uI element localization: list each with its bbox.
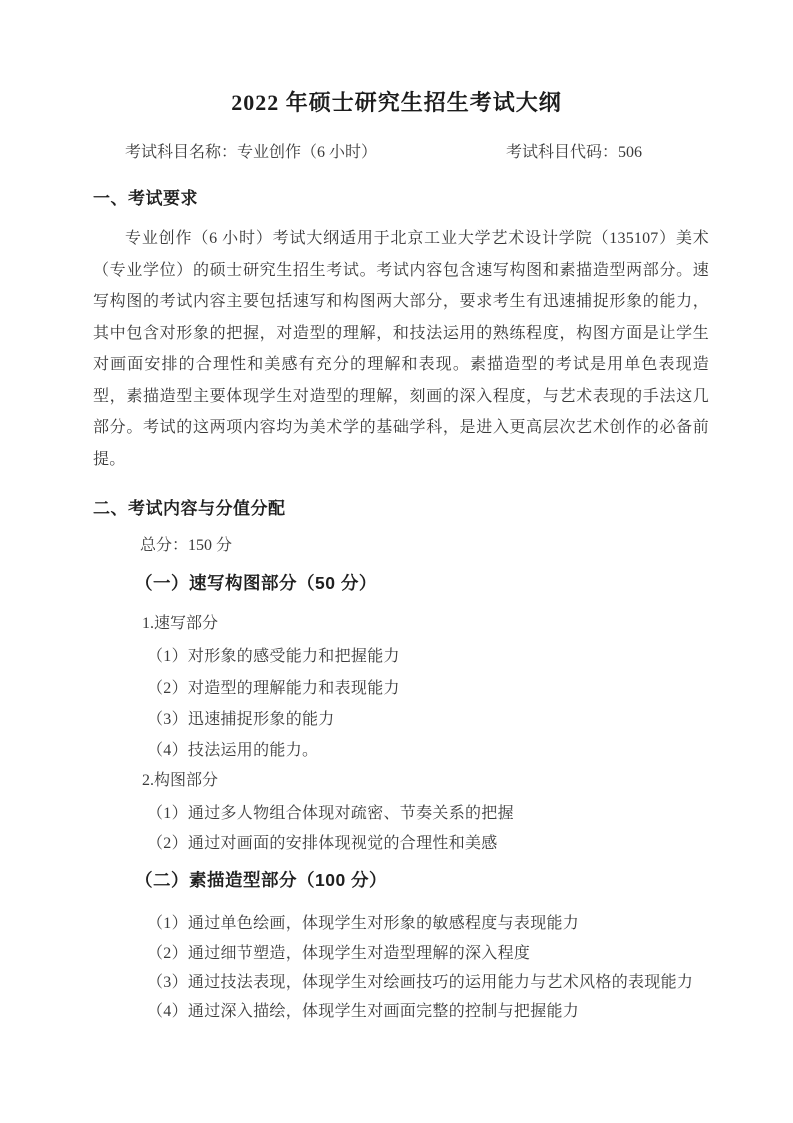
- subject-name-label: 考试科目名称：专业创作（6 小时）: [125, 145, 377, 161]
- paragraph-line: 提。: [93, 444, 709, 476]
- section-2-heading: 二、考试内容与分值分配: [93, 500, 286, 517]
- exam-requirements-paragraph: 专业创作（6 小时）考试大纲适用于北京工业大学艺术设计学院（135107）美术 …: [93, 223, 709, 475]
- document-page: 2022 年硕士研究生招生考试大纲 考试科目名称：专业创作（6 小时） 考试科目…: [0, 0, 793, 1123]
- part-1-heading: （一）速写构图部分（50 分）: [135, 575, 377, 593]
- composition-subsection-title: 2.构图部分: [142, 773, 218, 789]
- section-1-heading: 一、考试要求: [93, 190, 198, 207]
- subject-code-label: 考试科目代码：506: [506, 145, 642, 161]
- list-item: （2）通过细节塑造，体现学生对造型理解的深入程度: [147, 946, 530, 962]
- list-item: （1）通过单色绘画，体现学生对形象的敏感程度与表现能力: [147, 916, 579, 932]
- paragraph-line: 其中包含对形象的把握，对造型的理解，和技法运用的熟练程度，构图方面是让学生: [93, 318, 709, 350]
- list-item: （4）技法运用的能力。: [147, 743, 318, 759]
- total-score: 总分：150 分: [140, 538, 232, 554]
- paragraph-line: 写构图的考试内容主要包括速写和构图两大部分，要求考生有迅速捕捉形象的能力，: [93, 286, 709, 318]
- list-item: （2）对造型的理解能力和表现能力: [147, 681, 400, 697]
- list-item: （3）通过技法表现，体现学生对绘画技巧的运用能力与艺术风格的表现能力: [147, 975, 693, 991]
- paragraph-line: 型，素描造型主要体现学生对造型的理解，刻画的深入程度，与艺术表现的手法这几: [93, 381, 709, 413]
- list-item: （1）对形象的感受能力和把握能力: [147, 649, 400, 665]
- paragraph-line: 专业创作（6 小时）考试大纲适用于北京工业大学艺术设计学院（135107）美术: [93, 223, 709, 255]
- paragraph-line: 部分。考试的这两项内容均为美术学的基础学科，是进入更高层次艺术创作的必备前: [93, 412, 709, 444]
- part-2-heading: （二）素描造型部分（100 分）: [135, 872, 387, 890]
- list-item: （3）迅速捕捉形象的能力: [147, 712, 335, 728]
- list-item: （2）通过对画面的安排体现视觉的合理性和美感: [147, 836, 498, 852]
- page-title: 2022 年硕士研究生招生考试大纲: [0, 86, 793, 117]
- list-item: （1）通过多人物组合体现对疏密、节奏关系的把握: [147, 806, 514, 822]
- sketch-subsection-title: 1.速写部分: [142, 616, 218, 632]
- list-item: （4）通过深入描绘，体现学生对画面完整的控制与把握能力: [147, 1004, 579, 1020]
- paragraph-line: （专业学位）的硕士研究生招生考试。考试内容包含速写构图和素描造型两部分。速: [93, 255, 709, 287]
- paragraph-line: 对画面安排的合理性和美感有充分的理解和表现。素描造型的考试是用单色表现造: [93, 349, 709, 381]
